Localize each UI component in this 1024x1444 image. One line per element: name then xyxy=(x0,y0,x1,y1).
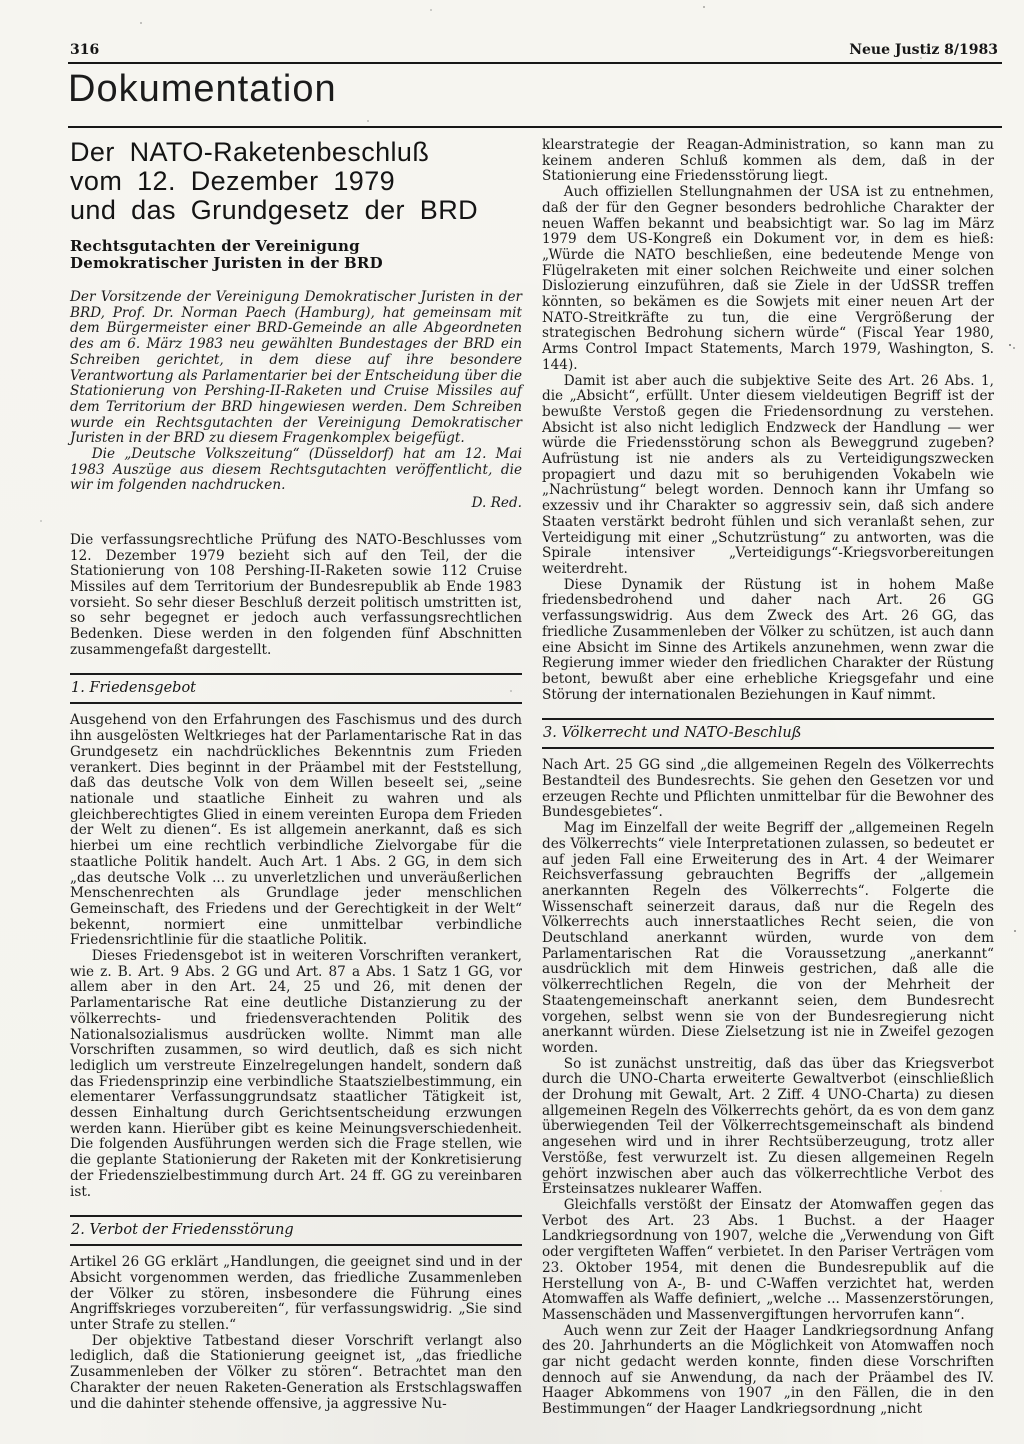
intro-paragraph: Die „Deutsche Volkszeitung“ (Düsseldorf)… xyxy=(70,447,522,494)
body-paragraph: Diese Dynamik der Rüstung ist in hohem M… xyxy=(542,578,994,704)
article-subtitle-line: Demokratischer Juristen in der BRD xyxy=(70,255,522,272)
body-paragraph: Dieses Friedensgebot ist in weiteren Vor… xyxy=(70,949,522,1200)
article-title: Der NATO-Raketenbeschluß vom 12. Dezembe… xyxy=(70,138,522,225)
header-rule xyxy=(68,62,1002,64)
article-title-line: vom 12. Dezember 1979 xyxy=(70,167,522,196)
scan-noise xyxy=(0,0,2,2)
body-paragraph: Die verfassungsrechtliche Prüfung des NA… xyxy=(70,533,522,659)
article-subtitle: Rechtsgutachten der Vereinigung Demokrat… xyxy=(70,238,522,272)
body-paragraph: Auch wenn zur Zeit der Haager Landkriegs… xyxy=(542,1324,994,1418)
editorial-signoff: D. Red. xyxy=(70,496,522,512)
section-heading: 3. Völkerrecht und NATO-Beschluß xyxy=(542,718,994,749)
body-paragraph: Nach Art. 25 GG sind „die allgemeinen Re… xyxy=(542,758,994,821)
article-subtitle-line: Rechtsgutachten der Vereinigung xyxy=(70,238,522,255)
body-paragraph: So ist zunächst unstreitig, daß das über… xyxy=(542,1057,994,1198)
scanned-page: 316 Neue Justiz 8/1983 Dokumentation Der… xyxy=(0,0,1024,1444)
column-left: Der NATO-Raketenbeschluß vom 12. Dezembe… xyxy=(70,138,522,1412)
body-paragraph: klearstrategie der Reagan-Administration… xyxy=(542,138,994,185)
body-paragraph: Ausgehend von den Erfahrungen des Faschi… xyxy=(70,713,522,949)
section-rule xyxy=(68,126,1002,128)
body-paragraph: Der objektive Tatbestand dieser Vorschri… xyxy=(70,1334,522,1413)
body-paragraph: Mag im Einzelfall der weite Begriff der … xyxy=(542,821,994,1057)
body-paragraph: Gleichfalls verstößt der Einsatz der Ato… xyxy=(542,1198,994,1324)
article-title-line: und das Grundgesetz der BRD xyxy=(70,196,522,225)
section-label: Dokumentation xyxy=(68,68,337,111)
journal-title: Neue Justiz 8/1983 xyxy=(849,42,998,58)
body-paragraph: Auch offiziellen Stellungnahmen der USA … xyxy=(542,185,994,373)
section-heading: 2. Verbot der Friedensstörung xyxy=(70,1215,522,1246)
intro-paragraph: Der Vorsitzende der Vereinigung Demokrat… xyxy=(70,290,522,447)
article-title-line: Der NATO-Raketenbeschluß xyxy=(70,138,522,167)
page-number: 316 xyxy=(70,42,99,58)
section-heading: 1. Friedensgebot xyxy=(70,673,522,704)
column-right-blocks: klearstrategie der Reagan-Administration… xyxy=(542,138,994,1418)
column-left-blocks: Der Vorsitzende der Vereinigung Demokrat… xyxy=(70,290,522,1412)
body-paragraph: Damit ist aber auch die subjektive Seite… xyxy=(542,374,994,578)
column-right: klearstrategie der Reagan-Administration… xyxy=(542,138,994,1418)
body-paragraph: Artikel 26 GG erklärt „Handlungen, die g… xyxy=(70,1255,522,1334)
